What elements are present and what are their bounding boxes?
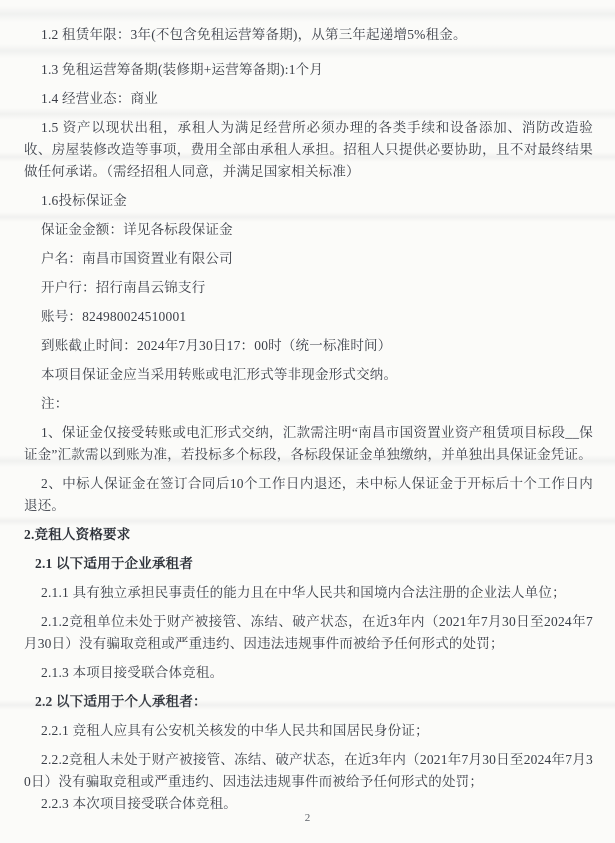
para-rental-term: 1.2 租赁年限：3年(不包含免租运营筹备期)，从第三年起递增5%租金。 xyxy=(24,24,593,46)
heading-bidder-qualification: 2.竞租人资格要求 xyxy=(24,524,593,546)
document-page: 1.2 租赁年限：3年(不包含免租运营筹备期)，从第三年起递增5%租金。 1.3… xyxy=(0,0,615,843)
heading-bid-deposit: 1.6投标保证金 xyxy=(24,190,593,212)
para-rent-free-period: 1.3 免租运营筹备期(装修期+运营筹备期):1个月 xyxy=(24,59,593,81)
para-note-1: 1、保证金仅接受转账或电汇形式交纳，汇款需注明“南昌市国资置业资产租赁项目标段_… xyxy=(24,422,593,466)
page-number: 2 xyxy=(0,811,615,825)
para-account-name: 户名：南昌市国资置业有限公司 xyxy=(24,248,593,270)
heading-enterprise-tenant: 2.1 以下适用于企业承租者 xyxy=(24,553,593,575)
para-deposit-amount: 保证金金额：详见各标段保证金 xyxy=(24,219,593,241)
para-2-1-2: 2.1.2竞租单位未处于财产被接管、冻结、破产状态，在近3年内（2021年7月3… xyxy=(24,611,593,655)
para-arrival-deadline: 到账截止时间：2024年7月30日17：00时（统一标准时间） xyxy=(24,335,593,357)
para-2-1-1: 2.1.1 具有独立承担民事责任的能力且在中华人民共和国境内合法注册的企业法人单… xyxy=(24,582,593,604)
para-business-type: 1.4 经营业态：商业 xyxy=(24,88,593,110)
heading-individual-tenant: 2.2 以下适用于个人承租者： xyxy=(24,691,593,713)
para-asset-condition: 1.5 资产以现状出租，承租人为满足经营所必须办理的各类手续和设备添加、消防改造… xyxy=(24,117,593,183)
para-2-2-2: 2.2.2竞租人未处于财产被接管、冻结、破产状态，在近3年内（2021年7月30… xyxy=(24,749,593,793)
scan-artifact-streak xyxy=(0,6,615,22)
para-payment-method: 本项目保证金应当采用转账或电汇形式等非现金形式交纳。 xyxy=(24,364,593,386)
para-note-2: 2、中标人保证金在签订合同后10个工作日内退还，未中标人保证金于开标后十个工作日… xyxy=(24,473,593,517)
para-2-2-1: 2.2.1 竞租人应具有公安机关核发的中华人民共和国居民身份证； xyxy=(24,720,593,742)
para-2-1-3: 2.1.3 本项目接受联合体竞租。 xyxy=(24,662,593,684)
para-account-number: 账号：824980024510001 xyxy=(24,306,593,328)
scan-artifact-streak xyxy=(0,44,615,58)
para-bank-branch: 开户行：招行南昌云锦支行 xyxy=(24,277,593,299)
para-note-label: 注： xyxy=(24,393,593,415)
